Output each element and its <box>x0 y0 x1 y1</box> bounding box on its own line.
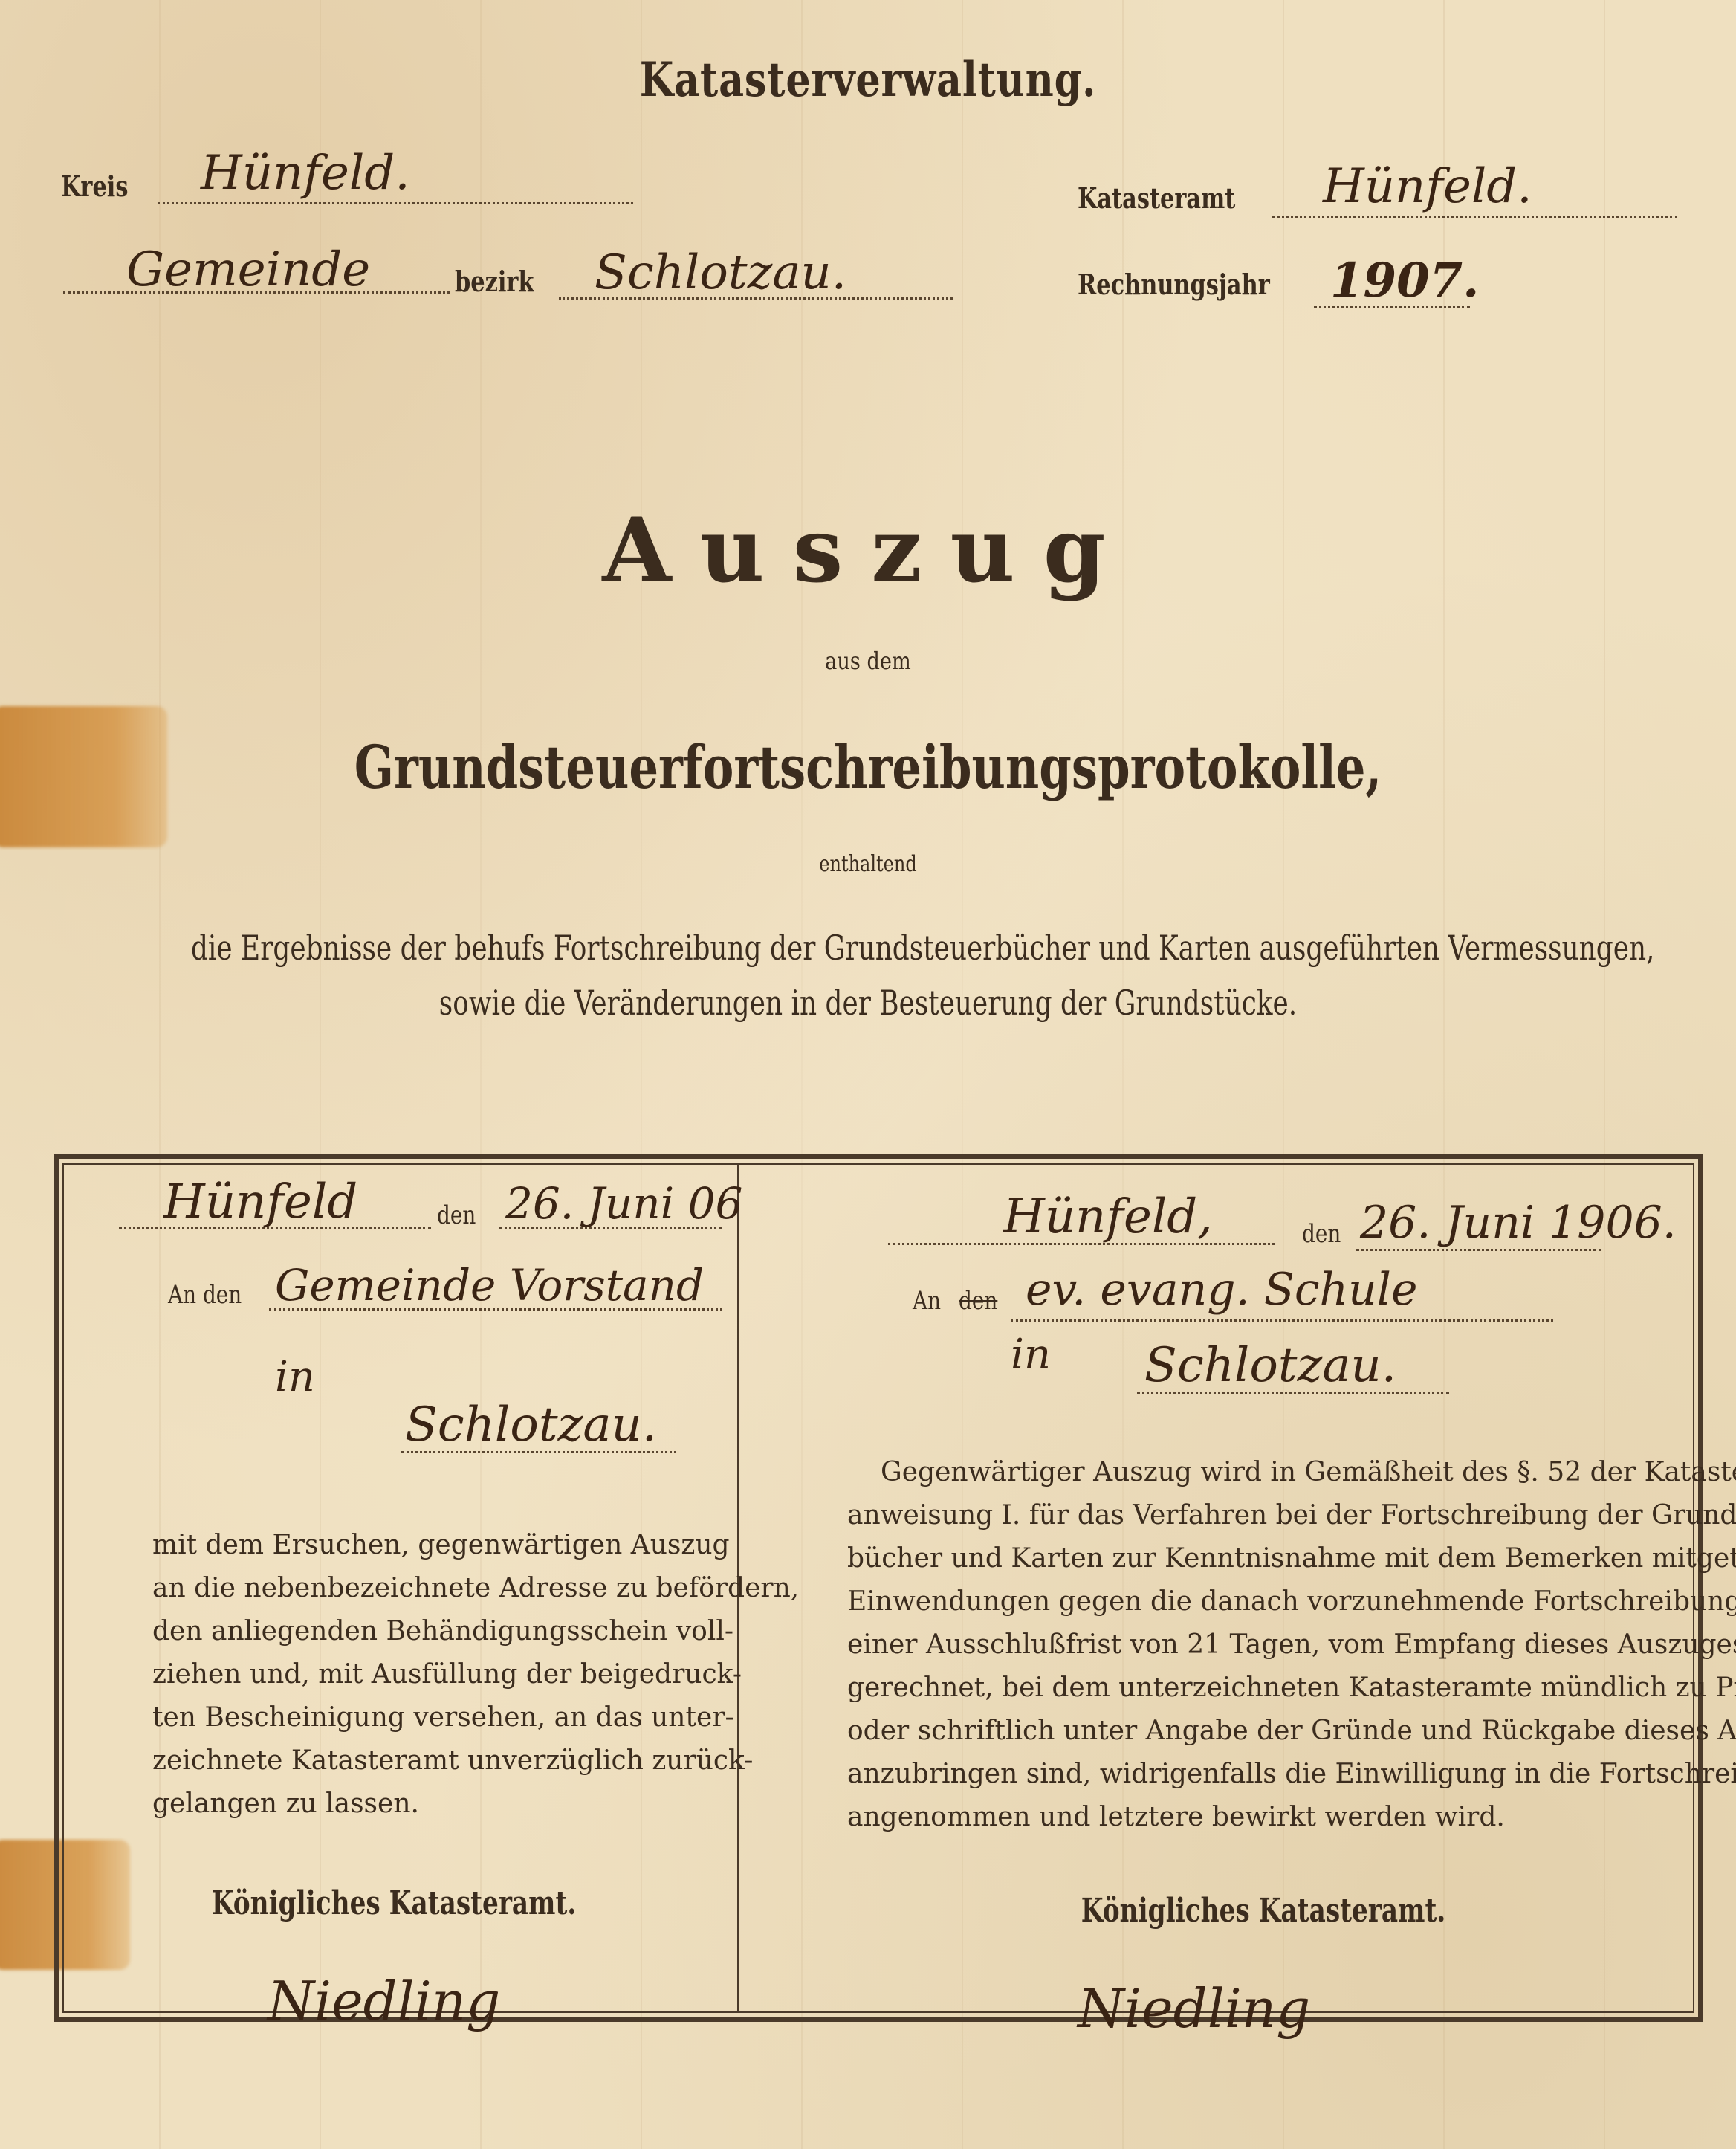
right-den-label: den <box>1302 1219 1341 1249</box>
rechnungsjahr-field-value: 1907. <box>1330 253 1479 308</box>
left-body-line: an die nebenbezeichnete Adresse zu beför… <box>152 1567 717 1610</box>
left-body-line: ziehen und, mit Ausfüllung der beigedruc… <box>152 1653 717 1696</box>
description-line-2: sowie die Veränderungen in der Besteueru… <box>191 983 1545 1023</box>
rechnungsjahr-label: Rechnungsjahr <box>1078 268 1270 301</box>
right-body-line: Einwendungen gegen die danach vorzunehme… <box>847 1580 1687 1623</box>
left-body-line: den anliegenden Behändigungsschein voll- <box>152 1610 717 1653</box>
right-date-value: 26. Juni 1906. <box>1360 1197 1677 1249</box>
left-body-line: gelangen zu lassen. <box>152 1783 717 1826</box>
right-body-line: angenommen und letztere bewirkt werden w… <box>847 1796 1687 1839</box>
right-in-value: in <box>1011 1331 1051 1379</box>
aus-dem-text: aus dem <box>130 647 1606 675</box>
left-body-line: mit dem Ersuchen, gegenwärtigen Auszug <box>152 1524 717 1567</box>
katasteramt-label: Katasteramt <box>1078 181 1235 215</box>
right-an-label: An <box>913 1286 941 1316</box>
right-recipient-value: ev. evang. Schule <box>1026 1264 1418 1316</box>
document-header-title: Katasterverwaltung. <box>156 52 1580 108</box>
tape-stain-upper <box>0 706 167 847</box>
description-line-1: die Ergebnisse der behufs Fortschreibung… <box>191 928 1545 968</box>
right-body-line: oder schriftlich unter Angabe der Gründe… <box>847 1710 1687 1753</box>
katasteramt-field-value: Hünfeld. <box>1323 159 1532 214</box>
left-signature: Niedling <box>268 1970 500 2032</box>
right-body-line: gerechnet, bei dem unterzeichneten Katas… <box>847 1667 1687 1710</box>
left-date-value: 26. Juni 06 <box>505 1178 742 1229</box>
left-in-value: in <box>275 1353 315 1401</box>
bezirk-field-value: Schlotzau. <box>595 245 846 300</box>
kreis-field-line <box>158 202 633 204</box>
right-place-value: Hünfeld, <box>1003 1189 1213 1244</box>
right-body-line: anzubringen sind, widrigenfalls die Einw… <box>847 1753 1687 1796</box>
right-signature: Niedling <box>1078 1977 1310 2040</box>
left-den-label: den <box>437 1200 476 1230</box>
main-title: Auszug <box>0 498 1736 603</box>
right-body-line: einer Ausschlußfrist von 21 Tagen, vom E… <box>847 1623 1687 1667</box>
right-date-line <box>1356 1249 1601 1251</box>
right-struck-den: den <box>959 1286 997 1316</box>
right-body-line: Gegenwärtiger Auszug wird in Gemäßheit d… <box>847 1451 1687 1494</box>
left-office-title: Königliches Katasteramt. <box>191 1884 597 1922</box>
left-body-line: zeichnete Katasteramt unverzüglich zurüc… <box>152 1739 717 1783</box>
right-body-text: Gegenwärtiger Auszug wird in Gemäßheit d… <box>847 1451 1687 1839</box>
bezirk-label: bezirk <box>455 265 534 298</box>
right-recipient-line <box>1011 1319 1553 1322</box>
kreis-field-value: Hünfeld. <box>201 146 410 201</box>
left-body-text: mit dem Ersuchen, gegenwärtigen Auszug a… <box>152 1524 717 1826</box>
right-town-value: Schlotzau. <box>1144 1338 1396 1393</box>
right-body-line: anweisung I. für das Verfahren bei der F… <box>847 1494 1687 1537</box>
gemeinde-prefix-value: Gemeinde <box>126 242 370 297</box>
left-recipient-value: Gemeinde Vorstand <box>275 1260 704 1311</box>
enthaltend-text: enthaltend <box>174 851 1563 877</box>
left-place-value: Hünfeld <box>163 1174 357 1229</box>
kreis-label: Kreis <box>61 169 128 203</box>
left-body-line: ten Bescheinigung versehen, an das unter… <box>152 1696 717 1739</box>
right-body-line: bücher und Karten zur Kenntnisnahme mit … <box>847 1537 1687 1580</box>
left-an-den-label: An den <box>168 1280 242 1310</box>
right-office-title: Königliches Katasteramt. <box>1031 1892 1495 1930</box>
left-town-value: Schlotzau. <box>405 1397 657 1452</box>
katasteramt-field-line <box>1272 216 1677 218</box>
subtitle: Grundsteuerfortschreibungsprotokolle, <box>191 732 1545 802</box>
